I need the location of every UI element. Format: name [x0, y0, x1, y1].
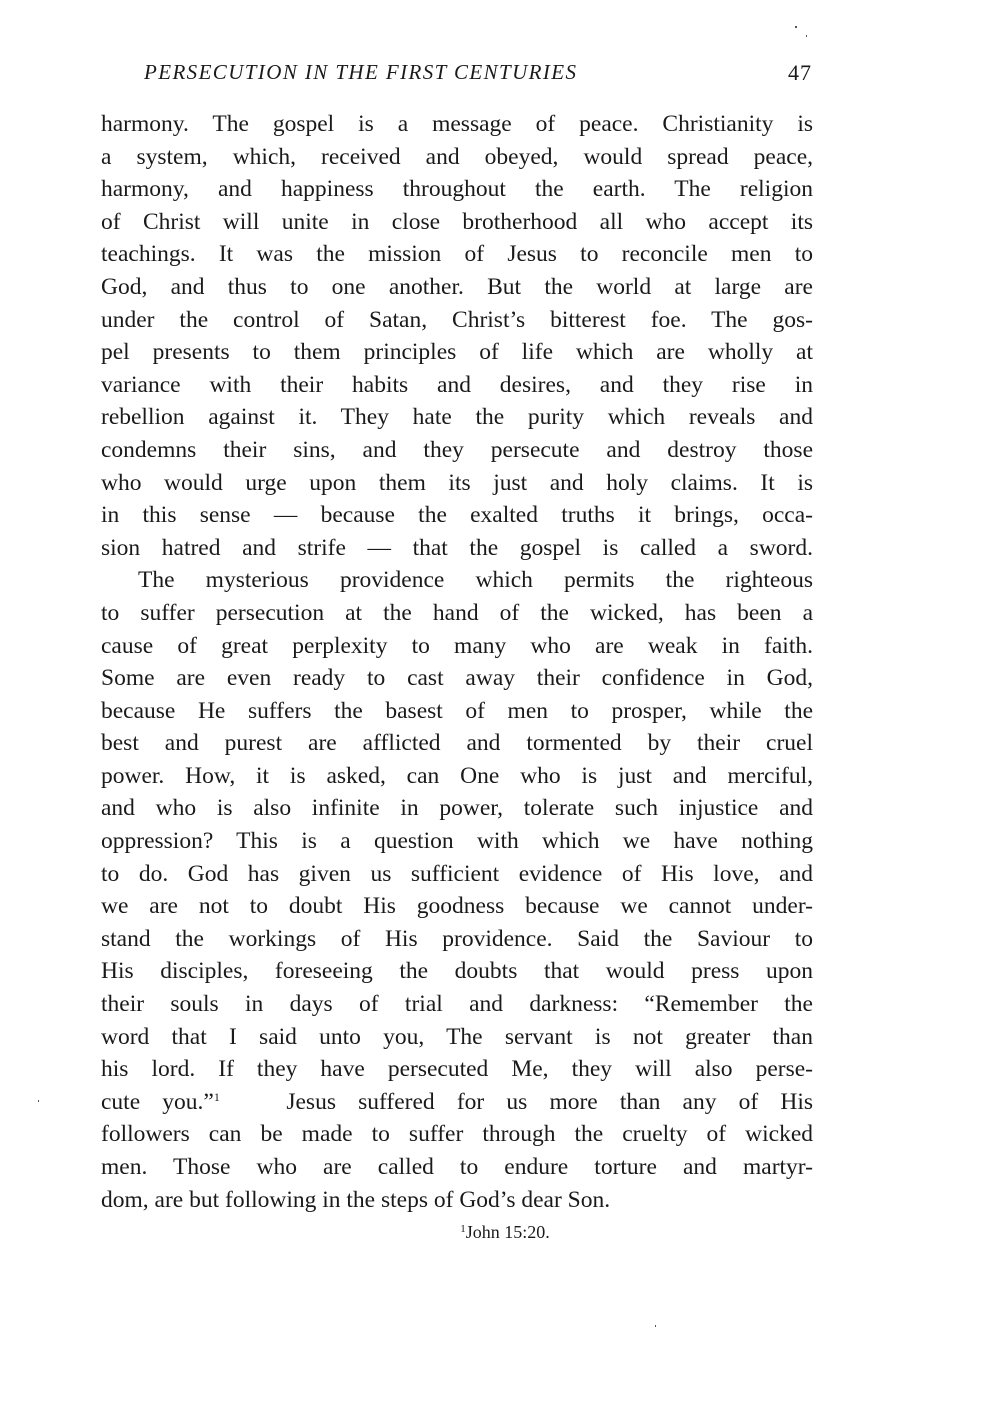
text-line: a system, which, received and obeyed, wo… [101, 141, 813, 174]
text-line: in this sense — because the exalted trut… [101, 499, 813, 532]
text-line: stand the workings of His providence. Sa… [101, 923, 813, 956]
text-line: power. How, it is asked, can One who is … [101, 760, 813, 793]
text-line: God, and thus to one another. But the wo… [101, 271, 813, 304]
text-line: His disciples, foreseeing the doubts tha… [101, 955, 813, 988]
text-line: variance with their habits and desires, … [101, 369, 813, 402]
text-line: harmony. The gospel is a message of peac… [101, 108, 813, 141]
text-line: to do. God has given us sufficient evide… [101, 858, 813, 891]
text-line: rebellion against it. They hate the puri… [101, 401, 813, 434]
text-line: word that I said unto you, The servant i… [101, 1021, 813, 1054]
text-line: under the control of Satan, Christ’s bit… [101, 304, 813, 337]
scan-speck [795, 26, 797, 28]
text-line: dom, are but following in the steps of G… [101, 1184, 813, 1217]
paragraph-1: harmony. The gospel is a message of peac… [101, 108, 813, 564]
text-line: pel presents to them principles of life … [101, 336, 813, 369]
body-text: harmony. The gospel is a message of peac… [101, 108, 813, 1216]
text-line: teachings. It was the mission of Jesus t… [101, 238, 813, 271]
text-line: and who is also infinite in power, toler… [101, 792, 813, 825]
text-line: Some are even ready to cast away their c… [101, 662, 813, 695]
text-line: who would urge upon them its just and ho… [101, 467, 813, 500]
text-line: their souls in days of trial and darknes… [101, 988, 813, 1021]
text-line: to suffer persecution at the hand of the… [101, 597, 813, 630]
text-line: sion hatred and strife — that the gospel… [101, 532, 813, 565]
scan-speck [806, 35, 807, 37]
text-line: cause of great perplexity to many who ar… [101, 630, 813, 663]
footnote-text: John 15:20. [466, 1222, 550, 1242]
text-line: men. Those who are called to endure tort… [101, 1151, 813, 1184]
text-line: we are not to doubt His goodness because… [101, 890, 813, 923]
footnote: 1John 15:20. [0, 1222, 1000, 1243]
text-line: harmony, and happiness throughout the ea… [101, 173, 813, 206]
page-number: 47 [788, 60, 812, 86]
quote-end: cute you.” [101, 1089, 214, 1115]
running-title: PERSECUTION IN THE FIRST CENTURIES [144, 60, 577, 85]
paragraph-2: The mysterious providence which permits … [101, 564, 813, 1216]
text-line: best and purest are afflicted and tormen… [101, 727, 813, 760]
text-line-with-footnote: cute you.”1 Jesus suffered for us more t… [101, 1086, 813, 1119]
sentence-continuation: Jesus suffered for us more than any of H… [286, 1089, 813, 1115]
text-line: his lord. If they have persecuted Me, th… [101, 1053, 813, 1086]
scan-speck [655, 1325, 656, 1327]
running-head: PERSECUTION IN THE FIRST CENTURIES 47 [100, 60, 812, 90]
text-line: condemns their sins, and they persecute … [101, 434, 813, 467]
footnote-reference: 1 [214, 1090, 220, 1104]
book-page: PERSECUTION IN THE FIRST CENTURIES 47 ha… [0, 0, 1000, 1410]
text-line: The mysterious providence which permits … [101, 564, 813, 597]
text-line: because He suffers the basest of men to … [101, 695, 813, 728]
text-line: oppression? This is a question with whic… [101, 825, 813, 858]
scan-speck [38, 1100, 39, 1102]
text-line: followers can be made to suffer through … [101, 1118, 813, 1151]
text-line: of Christ will unite in close brotherhoo… [101, 206, 813, 239]
